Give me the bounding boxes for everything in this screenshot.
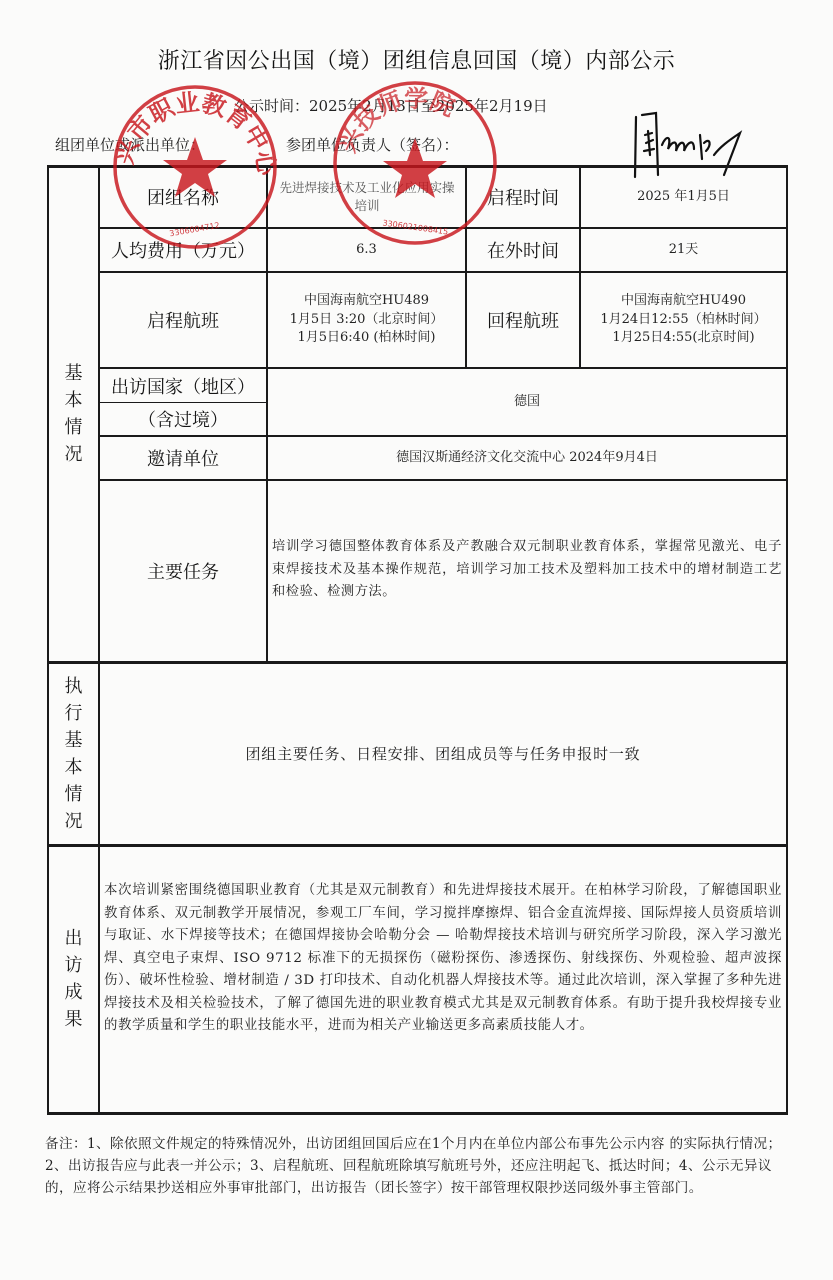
execution-value: 团组主要任务、日程安排、团组成员等与任务申报时一致	[100, 663, 786, 844]
outbound-flight-line: 1月5日 3:20（北京时间）	[290, 311, 444, 330]
section-label-basic: 基本情况	[64, 360, 84, 468]
outbound-flight-line: 中国海南航空HU489	[304, 292, 429, 311]
country-value: 德国	[268, 369, 786, 435]
return-flight-line: 1月25日4:55(北京时间)	[612, 329, 754, 348]
group-name-label: 团组名称	[100, 167, 266, 227]
days-abroad-value: 21天	[581, 229, 786, 271]
cost-value: 6.3	[268, 229, 465, 271]
departure-time-value: 2025 年1月5日	[581, 167, 786, 227]
cost-label: 人均费用（万元）	[100, 229, 266, 271]
document-title: 浙江省因公出国（境）团组信息回国（境）内部公示	[0, 44, 833, 75]
outbound-flight-value: 中国海南航空HU489 1月5日 3:20（北京时间） 1月5日6:40 (柏林…	[268, 273, 465, 367]
results-value: 本次培训紧密围绕德国职业教育（尤其是双元制教育）和先进焊接技术展开。在柏林学习阶…	[104, 880, 782, 1038]
group-name-value: 先进焊接技术及工业化应用实操培训	[276, 167, 458, 227]
tasks-label: 主要任务	[100, 481, 266, 661]
outbound-flight-line: 1月5日6:40 (柏林时间)	[297, 329, 435, 348]
country-transit-label: （含过境）	[100, 403, 266, 435]
inviter-label: 邀请单位	[100, 437, 266, 479]
footnote: 备注：1、除依照文件规定的特殊情况外，出访团组回国后应在1个月内在单位内部公布事…	[45, 1133, 785, 1199]
days-abroad-label: 在外时间	[467, 229, 579, 271]
inviter-value: 德国汉斯通经济文化交流中心 2024年9月4日	[268, 437, 786, 479]
section-label-results: 出访成果	[64, 925, 84, 1033]
departure-time-label: 启程时间	[467, 167, 579, 227]
publicity-time: 公示时间：2025年2月13日至2025年2月19日	[234, 95, 548, 116]
country-label: 出访国家（地区）	[100, 369, 266, 402]
org-unit-label: 组团单位或派出单位：	[55, 134, 205, 155]
return-flight-label: 回程航班	[467, 273, 579, 367]
section-label-execution: 执行基本情况	[64, 673, 84, 835]
return-flight-value: 中国海南航空HU490 1月24日12:55（柏林时间） 1月25日4:55(北…	[581, 273, 786, 367]
return-flight-line: 中国海南航空HU490	[621, 292, 746, 311]
tasks-value: 培训学习德国整体教育体系及产教融合双元制职业教育体系，掌握常见激光、电子束焊接技…	[272, 536, 782, 604]
return-flight-line: 1月24日12:55（柏林时间）	[600, 311, 766, 330]
leader-signature-label: 参团单位负责人（签名）：	[286, 134, 459, 155]
outbound-flight-label: 启程航班	[100, 273, 266, 367]
